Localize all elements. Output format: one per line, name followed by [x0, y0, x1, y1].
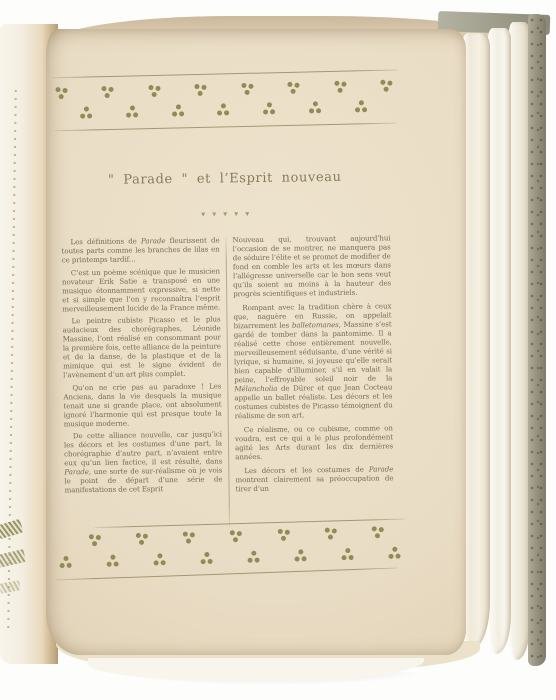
body-text: Ce réalisme, ou ce cubisme, comme on vou…: [235, 423, 393, 461]
trefoil-ornament-icon: [263, 102, 276, 116]
facing-page-dotted-border-ornament: [7, 90, 17, 630]
facing-page-scroll-ornament: [0, 580, 21, 593]
triangle-mark-icon: [234, 212, 238, 216]
body-text: C’est un poème scénique que le musicien …: [62, 266, 220, 313]
trefoil-ornament-icon: [89, 534, 102, 548]
paragraph: Rompant avec la tradition chère à ceux q…: [233, 301, 392, 420]
triangle-mark-icon: [245, 212, 249, 216]
paragraph: Les définitions de Parade fleurissent de…: [61, 235, 219, 264]
trefoil-ornament-icon: [230, 530, 243, 544]
trefoil-ornament-icon: [172, 104, 185, 118]
book-cover-edge: [528, 14, 546, 666]
paragraph: Ce réalisme, ou ce cubisme, comme on vou…: [235, 423, 393, 461]
paragraph: Qu’on ne crie pas au paradoxe ! Les Anci…: [63, 381, 222, 428]
ornament-row: [89, 526, 385, 548]
trefoil-ornament-icon: [126, 105, 139, 119]
trefoil-ornament-icon: [217, 103, 230, 117]
italic-text: Parade: [369, 464, 394, 473]
body-text: Massine s’est gardé de tomber dans la pa…: [234, 319, 393, 384]
text-column-right: Nouveau qui, trouvant aujourd’hui l’occa…: [232, 233, 394, 527]
trefoil-ornament-icon: [277, 529, 290, 543]
ornament-row: [55, 80, 393, 102]
paragraph: C’est un poème scénique que le musicien …: [62, 266, 221, 313]
trefoil-ornament-icon: [388, 547, 401, 561]
ornament-rule: [51, 69, 397, 78]
triangle-mark-icon: [212, 212, 216, 216]
paragraph: Le peintre cubiste Picasso et le plus au…: [62, 314, 221, 379]
page-title: " Parade " et l’Esprit nouveau: [51, 169, 399, 188]
trefoil-ornament-icon: [200, 552, 213, 566]
trefoil-ornament-icon: [372, 526, 385, 540]
trefoil-ornament-icon: [102, 86, 115, 100]
fanned-page-edge: [509, 22, 530, 660]
title-ornament-row: [51, 199, 399, 211]
trefoil-ornament-icon: [148, 85, 161, 99]
body-text: Le peintre cubiste Picasso et le plus au…: [63, 314, 222, 379]
ornament-row: [80, 100, 368, 121]
trefoil-ornament-icon: [241, 83, 254, 97]
ornament-rule: [54, 122, 396, 131]
body-text: De cette alliance nouvelle, car jusqu’ic…: [64, 429, 222, 467]
trefoil-ornament-icon: [183, 531, 196, 545]
book-page: " Parade " et l’Esprit nouveau Les défin…: [46, 29, 466, 655]
triangle-mark-icon: [223, 212, 227, 216]
trefoil-ornament-icon: [324, 527, 337, 541]
italic-text: Parade,: [64, 467, 91, 476]
fanned-page-edge: [488, 28, 511, 654]
trefoil-ornament-icon: [80, 106, 93, 120]
triangle-mark-icon: [201, 213, 205, 217]
body-text: montrent clairement sa préoccupation de …: [235, 473, 393, 493]
text-column-left: Les définitions de Parade fleurissent de…: [61, 235, 223, 529]
body-text: Qu’on ne crie pas au paradoxe ! Les Anci…: [63, 381, 221, 428]
trefoil-ornament-icon: [247, 551, 260, 565]
photo-backdrop: { "colors": { "ornament_olive": "#8f8c57…: [0, 0, 556, 700]
trefoil-ornament-icon: [334, 81, 347, 95]
paragraph: De cette alliance nouvelle, car jusqu’ic…: [64, 429, 223, 494]
trefoil-ornament-icon: [355, 100, 368, 114]
trefoil-ornament-icon: [59, 556, 72, 570]
ornament-row: [59, 547, 401, 571]
trefoil-ornament-icon: [341, 548, 354, 562]
trefoil-ornament-icon: [380, 80, 393, 94]
column-divider-rule: [225, 237, 230, 527]
paragraph: Nouveau qui, trouvant aujourd’hui l’occa…: [232, 233, 391, 298]
trefoil-ornament-icon: [106, 554, 119, 568]
trefoil-ornament-icon: [55, 87, 68, 101]
trefoil-ornament-icon: [287, 82, 300, 96]
trefoil-ornament-icon: [309, 101, 322, 115]
body-text: Nouveau qui, trouvant aujourd’hui l’occa…: [232, 233, 391, 298]
facing-page-scroll-ornament: [0, 519, 24, 539]
trefoil-ornament-icon: [294, 549, 307, 563]
trefoil-ornament-icon: [153, 553, 166, 567]
text-columns: Les définitions de Parade fleurissent de…: [61, 233, 395, 529]
paragraph: Les décors et les costumes de Parade mon…: [235, 464, 393, 493]
facing-page-scroll-ornament: [0, 549, 26, 568]
ornament-band-bottom: [55, 518, 408, 584]
ornament-rule: [56, 567, 398, 580]
trefoil-ornament-icon: [136, 533, 149, 547]
trefoil-ornament-icon: [195, 84, 208, 98]
italic-text: Parade: [141, 236, 166, 245]
page-content: " Parade " et l’Esprit nouveau Les défin…: [43, 26, 471, 657]
ornament-band-top: [49, 69, 402, 135]
